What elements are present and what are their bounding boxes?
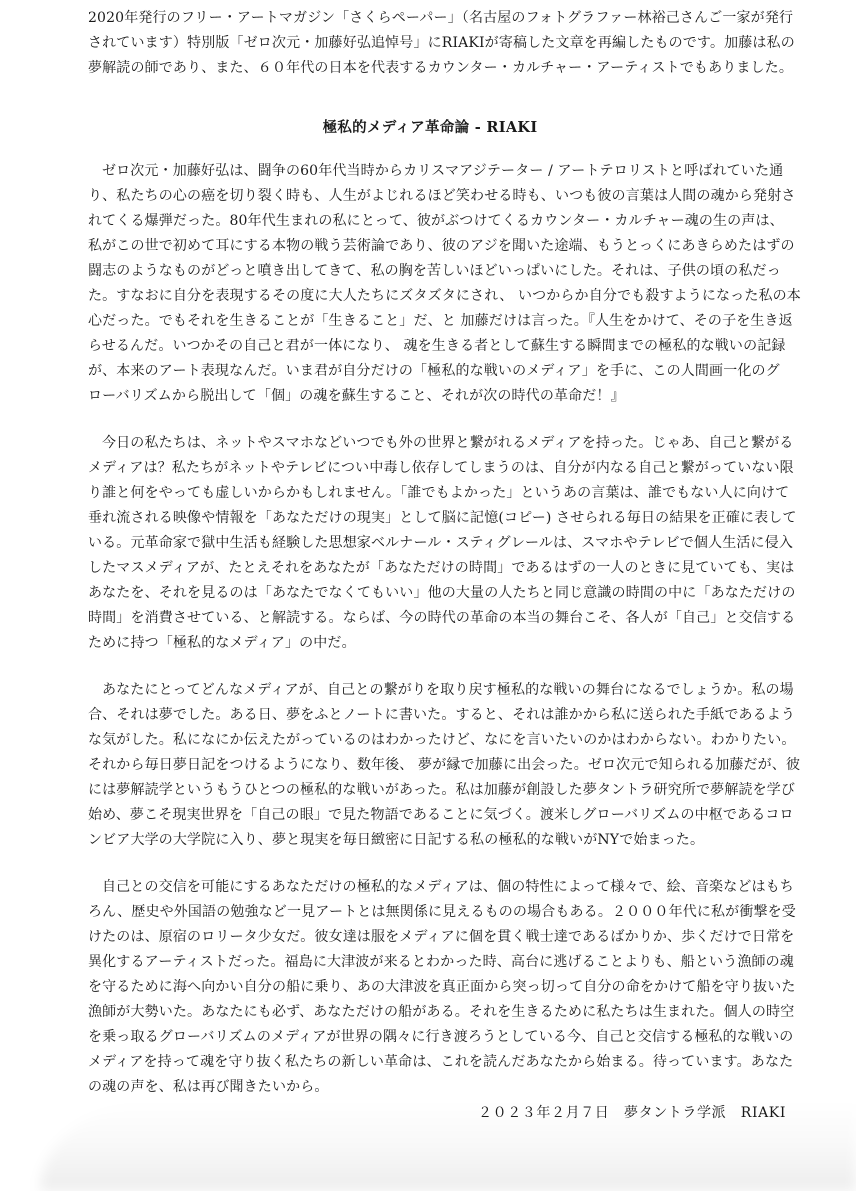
paragraph-line: ンビア大学の大学院に入り、夢と現実を毎日緻密に日記する私の極私的な戦いがNYで始…	[88, 828, 772, 853]
article-title: 極私的メディア革命論 - RIAKI	[88, 115, 772, 140]
paragraph-line: た。すなおに自分を表現するその度に大人たちにズタズタにされ、 いつからか自分でも…	[88, 284, 772, 309]
paragraph-line: あなたを、それを見るのは「あなたでなくてもいい」他の大量の人たちと同じ意識の時間…	[88, 581, 772, 606]
paragraph-line: ろん、歴史や外国語の勉強など一見アートとは無関係に見えるものの場合もある。２００…	[88, 900, 772, 925]
paragraph-line: な気がした。私になにか伝えたがっているのはわかったけど、なにを言いたいのかはわか…	[88, 728, 772, 753]
paragraph-line: したマスメディアが、たとえそれをあなたが「あなただけの時間」であるはずの一人のと…	[88, 556, 772, 581]
intro-line: 2020年発行のフリー・アートマガジン「さくらペーパー」（名古屋のフォトグラファ…	[88, 6, 772, 31]
paragraph-line: メディアは？私たちがネットやテレビについ中毒し依存してしまうのは、自分が内なる自…	[88, 456, 772, 481]
paragraph-line: 合、それは夢でした。ある日、夢をふとノートに書いた。すると、それは誰かから私に送…	[88, 703, 772, 728]
signature-date-author: ２０２３年２月７日 夢タントラ学派 RIAKI	[478, 1101, 786, 1126]
paragraph-line: らせるんだ。いつかその自己と君が一体になり、 魂を生きる者として蘇生する瞬間まで…	[88, 334, 772, 359]
document-page: 2020年発行のフリー・アートマガジン「さくらペーパー」（名古屋のフォトグラファ…	[0, 0, 856, 1191]
paragraph-line: 自己との交信を可能にするあなただけの極私的なメディアは、個の特性によって様々で、…	[88, 875, 772, 900]
paragraph-line: 心だった。でもそれを生きることが「生きること」だ、と 加藤だけは言った。『人生を…	[88, 309, 772, 334]
paragraph-line: ために持つ「極私的なメディア」の中だ。	[88, 631, 772, 656]
paragraph-line: ローバリズムから脱出して「個」の魂を蘇生すること、それが次の時代の革命だ！』	[88, 384, 772, 409]
paragraph-line: を守るために海へ向かい自分の船に乗り、あの大津波を真正面から突っ切って自分の命を…	[88, 975, 772, 1000]
paragraph-line: 今日の私たちは、ネットやスマホなどいつでも外の世界と繋がれるメディアを持った。じ…	[88, 431, 772, 456]
intro-line: 夢解読の師であり、また、６０年代の日本を代表するカウンター・カルチャー・アーティ…	[88, 56, 772, 81]
paragraph-line: れてくる爆弾だった。80年代生まれの私にとって、彼がぶつけてくるカウンター・カル…	[88, 209, 772, 234]
paragraph-line: 時間」を消費させている、と解読する。ならば、今の時代の革命の本当の舞台こそ、各人…	[88, 606, 772, 631]
paragraph-1: ゼロ次元・加藤好弘は、闘争の60年代当時からカリスマアジテーター / アートテロ…	[88, 159, 772, 409]
paragraph-4: 自己との交信を可能にするあなただけの極私的なメディアは、個の特性によって様々で、…	[88, 875, 772, 1100]
paragraph-line: り、私たちの心の癌を切り裂く時も、人生がよじれるほど笑わせる時も、いつも彼の言葉…	[88, 184, 772, 209]
paragraph-line: 漁師が大勢いた。あなたにも必ず、あなただけの船がある。それを生きるために私たちは…	[88, 1000, 772, 1025]
paragraph-line: けたのは、原宿のロリータ少女だ。彼女達は服をメディアに個を貫く戦士達であるばかり…	[88, 925, 772, 950]
paragraph-line: 垂れ流される映像や情報を「あなただけの現実」として脳に記憶(コピー) させられる…	[88, 506, 772, 531]
paragraph-line: メディアを持って魂を守り抜く私たちの新しい革命は、これを読んだあなたから始まる。…	[88, 1050, 772, 1075]
paragraph-line: 異化するアーティストだった。福島に大津波が来るとわかった時、高台に逃げることより…	[88, 950, 772, 975]
paragraph-line: 闘志のようなものがどっと噴き出してきて、私の胸を苦しいほどいっぱいにした。それは…	[88, 259, 772, 284]
intro-note: 2020年発行のフリー・アートマガジン「さくらペーパー」（名古屋のフォトグラファ…	[88, 6, 772, 81]
paragraph-line: 始め、夢こそ現実世界を「自己の眼」で見た物語であることに気づく。渡米しグローバリ…	[88, 803, 772, 828]
paragraph-2: 今日の私たちは、ネットやスマホなどいつでも外の世界と繋がれるメディアを持った。じ…	[88, 431, 772, 656]
paragraph-line: には夢解読学というもうひとつの極私的な戦いがあった。私は加藤が創設した夢タントラ…	[88, 778, 772, 803]
paragraph-line: が、本来のアート表現なんだ。いま君が自分だけの「極私的な戦いのメディア」を手に、…	[88, 359, 772, 384]
paragraph-line: ゼロ次元・加藤好弘は、闘争の60年代当時からカリスマアジテーター / アートテロ…	[88, 159, 772, 184]
paragraph-line: あなたにとってどんなメディアが、自己との繋がりを取り戻す極私的な戦いの舞台になる…	[88, 678, 772, 703]
paragraph-line: の魂の声を、私は再び聞きたいから。	[88, 1075, 772, 1100]
paragraph-line: り誰と何をやっても虚しいからかもしれません。「誰でもよかった」というあの言葉は、…	[88, 481, 772, 506]
intro-line: されています）特別版「ゼロ次元・加藤好弘追悼号」にRIAKIが寄稿した文章を再編…	[88, 31, 772, 56]
paragraph-line: いる。元革命家で獄中生活も経験した思想家ベルナール・スティグレールは、スマホやテ…	[88, 531, 772, 556]
paragraph-line: それから毎日夢日記をつけるようになり、数年後、 夢が縁で加藤に出会った。ゼロ次元…	[88, 753, 772, 778]
paragraph-line: を乗っ取るグローバリズムのメディアが世界の隅々に行き渡ろうとしている今、自己と交…	[88, 1025, 772, 1050]
paragraph-3: あなたにとってどんなメディアが、自己との繋がりを取り戻す極私的な戦いの舞台になる…	[88, 678, 772, 853]
paragraph-line: 私がこの世で初めて耳にする本物の戦う芸術論であり、彼のアジを聞いた途端、もうとっ…	[88, 234, 772, 259]
document-body: 2020年発行のフリー・アートマガジン「さくらペーパー」（名古屋のフォトグラファ…	[88, 6, 772, 1122]
